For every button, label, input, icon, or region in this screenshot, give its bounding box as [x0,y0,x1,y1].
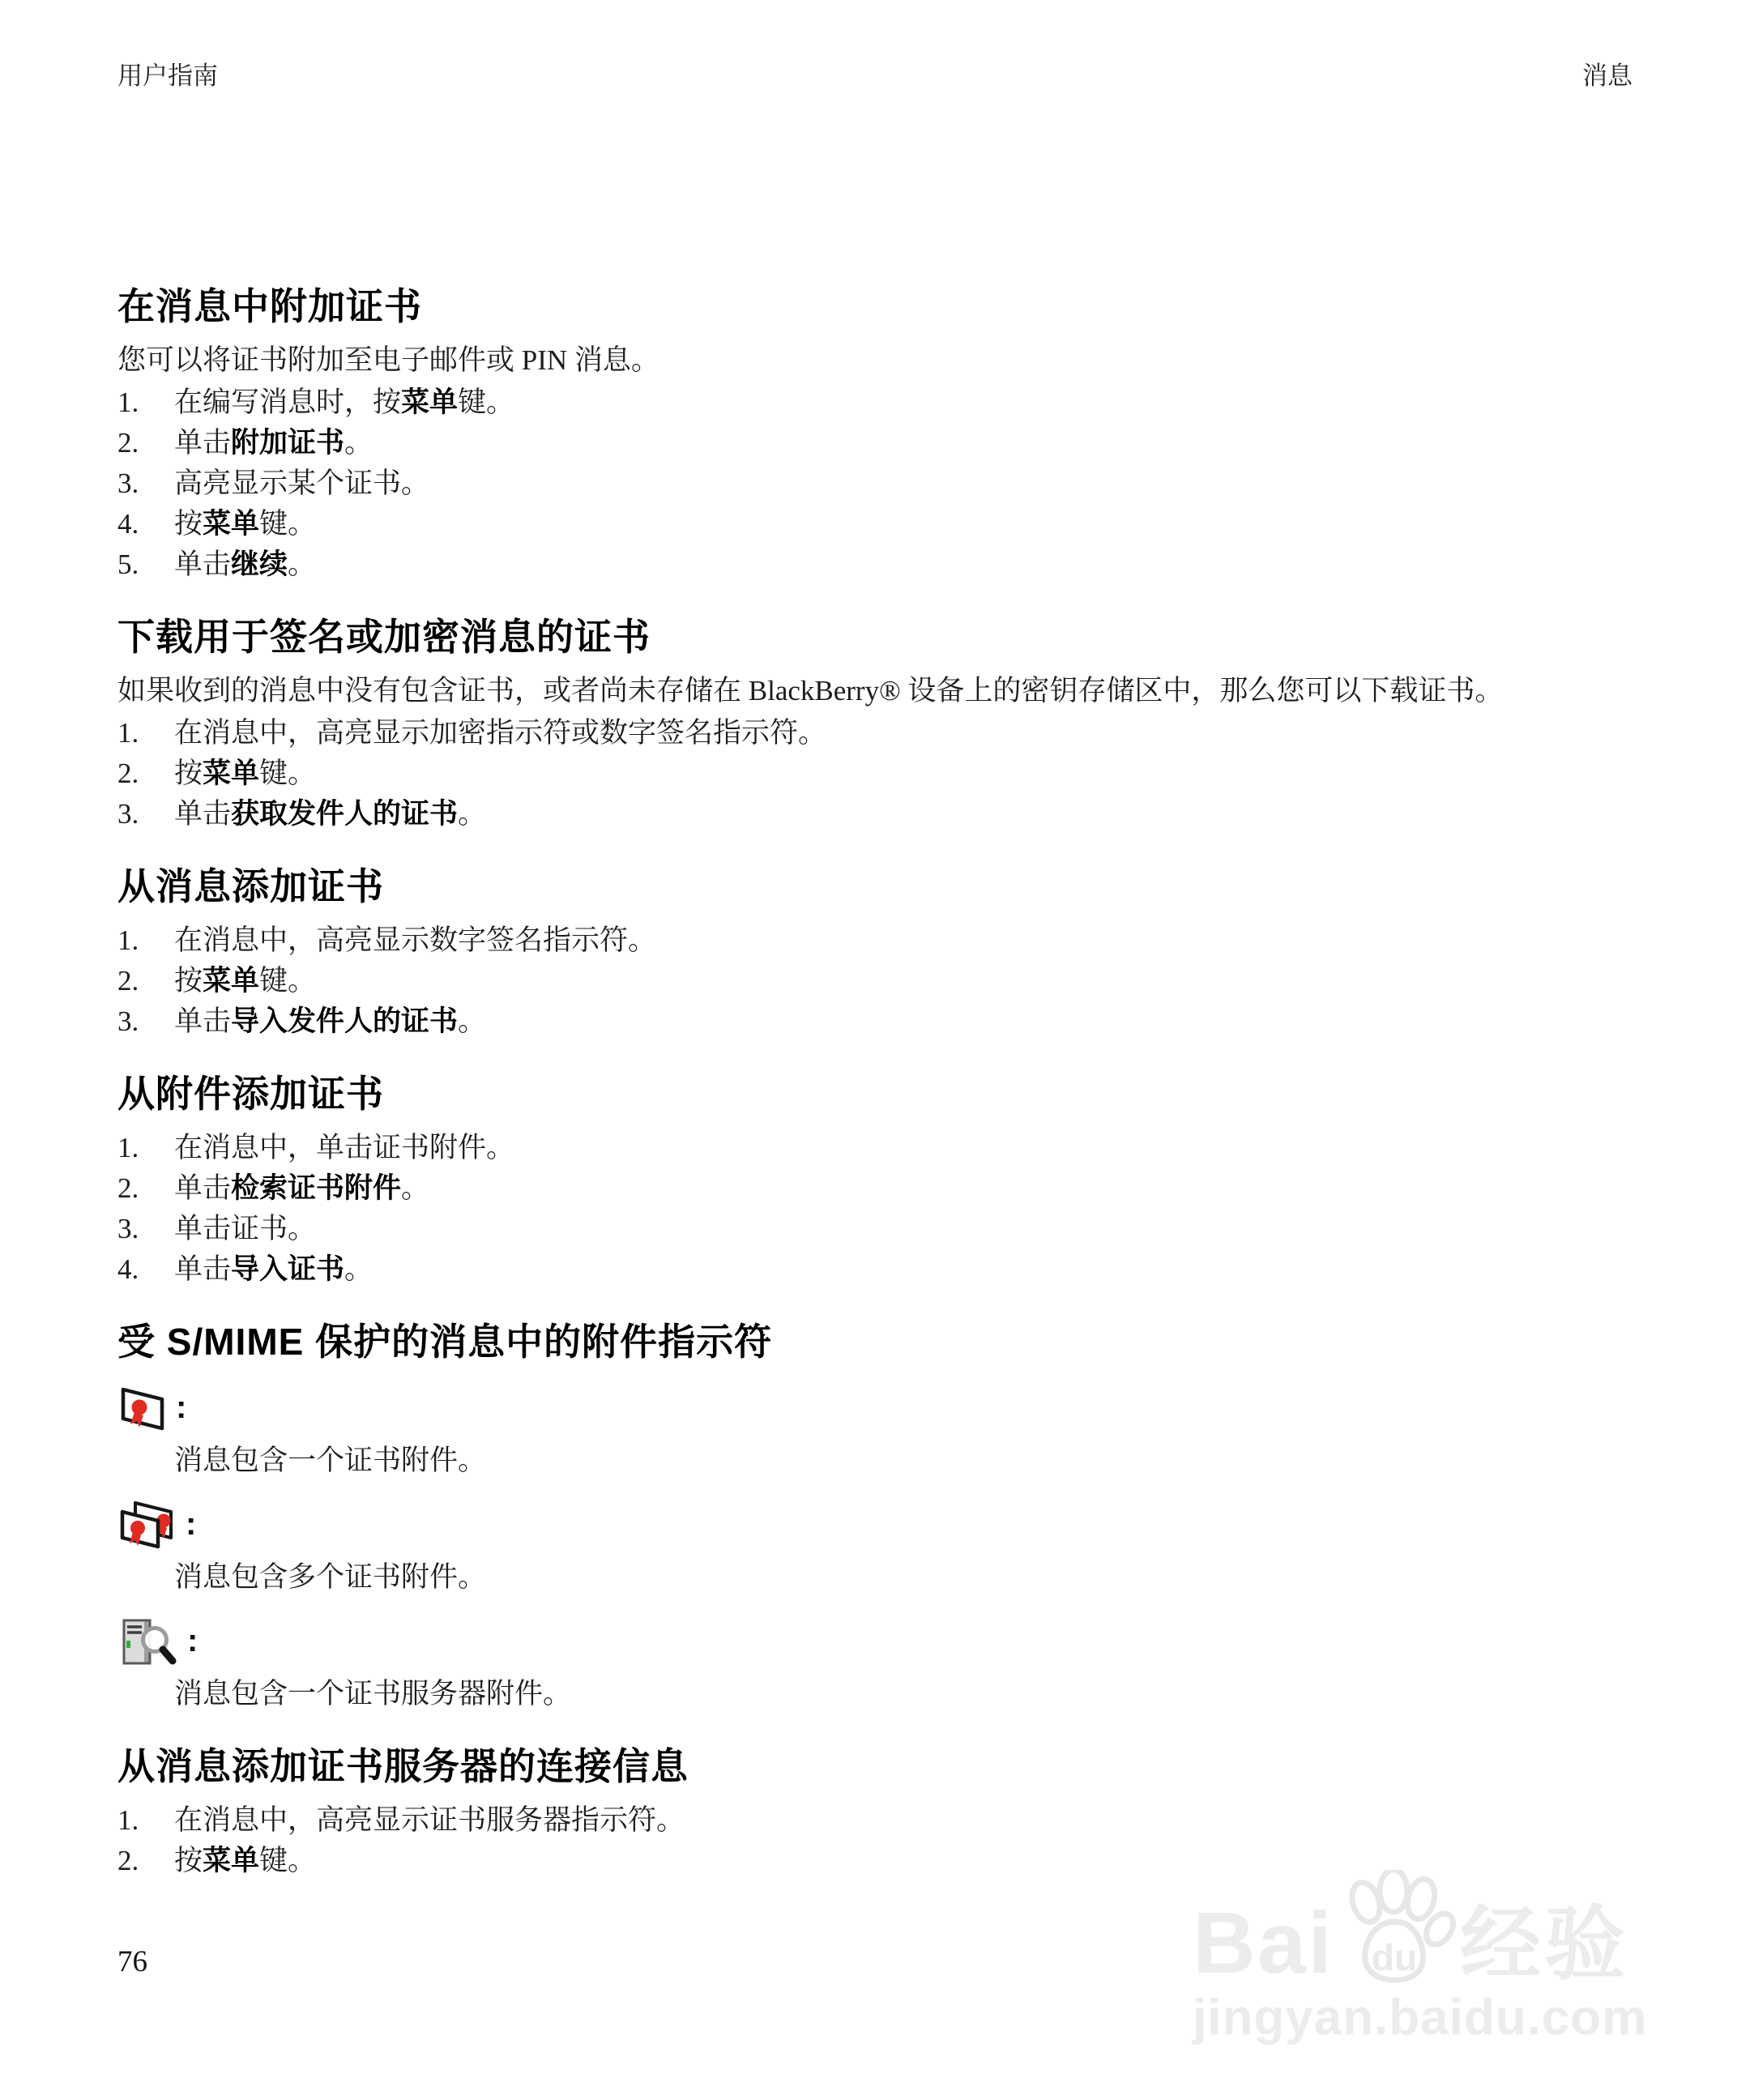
step-number: 2. [117,1841,174,1881]
section-5: 受 S/MIME 保护的消息中的附件指示符 :消息包含一个证书附件。 :消息包含… [117,1319,1657,1714]
emphasis-text: 菜单 [203,965,259,997]
text-run: 在消息中，单击证书附件。 [174,1132,514,1163]
step-number: 4. [117,1249,174,1290]
text-run: 键。 [259,1845,316,1876]
section-intro: 如果收到的消息中没有包含证书，或者尚未存储在 BlackBerry® 设备上的密… [117,671,1657,711]
attachment-indicator: :消息包含一个证书服务器附件。 [117,1619,1657,1714]
step-text: 单击获取发件人的证书。 [174,794,486,834]
step-text: 在消息中，单击证书附件。 [174,1128,514,1168]
indicator-label: 消息包含一个证书服务器附件。 [117,1674,1657,1714]
step-item: 1.在消息中，单击证书附件。 [117,1128,1657,1168]
text-run: 按 [174,758,203,789]
baidu-jingyan-watermark: Bai du 经验 jingyan.baidu.com [1193,1870,1646,2048]
step-item: 2.单击附加证书。 [117,423,1657,463]
indicator-colon: : [186,1506,196,1543]
section-title: 在消息中附加证书 [117,284,1657,329]
section-title: 从消息添加证书服务器的连接信息 [117,1744,1657,1789]
text-run: 单击 [174,1005,231,1037]
attachment-indicator: :消息包含一个证书附件。 [117,1385,1657,1481]
emphasis-text: 导入证书 [231,1253,344,1285]
step-number: 1. [117,920,174,961]
emphasis-text: 继续 [231,548,288,580]
watermark-logo: Bai du 经验 [1193,1870,1646,1987]
watermark-du-text: du [1372,1936,1417,1978]
step-item: 3.单击证书。 [117,1209,1657,1249]
step-number: 5. [117,544,174,585]
step-number: 4. [117,504,174,544]
step-text: 单击继续。 [174,544,316,585]
header-left-title: 用户指南 [117,55,218,92]
indicator-icon-row: : [117,1385,1657,1434]
text-run: 高亮显示某个证书。 [174,467,429,499]
step-item: 1.在消息中，高亮显示加密指示符或数字签名指示符。 [117,713,1657,753]
text-run: 在编写消息时，按 [174,386,401,418]
section-intro: 您可以将证书附加至电子邮件或 PIN 消息。 [117,340,1657,381]
step-text: 按菜单键。 [174,504,316,544]
step-item: 2.按菜单键。 [117,753,1657,794]
emphasis-text: 菜单 [203,758,259,789]
step-item: 4.按菜单键。 [117,504,1657,544]
certificates-icon [117,1501,177,1552]
emphasis-text: 菜单 [203,1845,259,1876]
step-item: 1.在消息中，高亮显示数字签名指示符。 [117,920,1657,961]
text-run: 单击证书。 [174,1213,316,1244]
text-run: 单击 [174,1253,231,1285]
emphasis-text: 菜单 [203,508,259,540]
indicator-label: 消息包含多个证书附件。 [117,1557,1657,1598]
step-number: 1. [117,1128,174,1168]
text-run: 在消息中，高亮显示加密指示符或数字签名指示符。 [174,717,826,749]
emphasis-text: 获取发件人的证书 [231,798,458,830]
page-header: 用户指南 消息 [117,55,1633,92]
section-title: 从附件添加证书 [117,1071,1657,1116]
indicator-label: 消息包含一个证书附件。 [117,1441,1657,1481]
section-4: 从附件添加证书1.在消息中，单击证书附件。2.单击检索证书附件。3.单击证书。4… [117,1071,1657,1290]
text-run: 键。 [458,386,514,418]
step-number: 3. [117,463,174,504]
section-1: 在消息中附加证书您可以将证书附加至电子邮件或 PIN 消息。1.在编写消息时，按… [117,284,1657,585]
text-run: 。 [458,1005,486,1037]
step-item: 4.单击导入证书。 [117,1249,1657,1290]
indicator-colon: : [176,1389,186,1426]
emphasis-text: 检索证书附件 [231,1172,401,1204]
text-run: 单击 [174,427,231,459]
text-run: 在消息中，高亮显示证书服务器指示符。 [174,1804,685,1836]
section-3: 从消息添加证书1.在消息中，高亮显示数字签名指示符。2.按菜单键。3.单击导入发… [117,864,1657,1042]
indicator-colon: : [187,1623,198,1659]
step-text: 单击证书。 [174,1209,316,1249]
step-text: 在消息中，高亮显示加密指示符或数字签名指示符。 [174,713,826,753]
indicator-icon-row: : [117,1502,1657,1551]
step-text: 单击检索证书附件。 [174,1168,429,1209]
document-body: 在消息中附加证书您可以将证书附加至电子邮件或 PIN 消息。1.在编写消息时，按… [117,284,1657,1881]
step-number: 1. [117,1800,174,1841]
step-item: 2.单击检索证书附件。 [117,1168,1657,1209]
section-title: 受 S/MIME 保护的消息中的附件指示符 [117,1319,1657,1364]
text-run: 键。 [259,508,316,540]
step-item: 3.高亮显示某个证书。 [117,463,1657,504]
text-run: 键。 [259,965,316,997]
step-text: 高亮显示某个证书。 [174,463,429,504]
text-run: 如果收到的消息中没有包含证书，或者尚未存储在 BlackBerry® 设备上的密… [117,675,1503,706]
text-run: 。 [458,798,486,830]
baidu-paw-icon: du [1335,1870,1457,1991]
step-number: 2. [117,1168,174,1209]
step-number: 1. [117,713,174,753]
step-item: 1.在编写消息时，按菜单键。 [117,382,1657,423]
text-run: 按 [174,1845,203,1876]
step-number: 2. [117,423,174,463]
step-number: 2. [117,753,174,794]
text-run: 。 [344,427,373,459]
step-number: 3. [117,1001,174,1042]
step-text: 按菜单键。 [174,753,316,794]
emphasis-text: 附加证书 [231,427,344,459]
step-item: 3.单击导入发件人的证书。 [117,1001,1657,1042]
text-run: 。 [344,1253,373,1285]
step-number: 3. [117,1209,174,1249]
text-run: 。 [288,548,316,580]
step-text: 在消息中，高亮显示证书服务器指示符。 [174,1800,685,1841]
step-text: 按菜单键。 [174,961,316,1001]
certificate-server-icon [117,1618,179,1668]
emphasis-text: 导入发件人的证书 [231,1005,458,1037]
step-text: 单击导入证书。 [174,1249,373,1290]
text-run: 单击 [174,1172,231,1204]
watermark-jingyan-text: 经验 [1460,1902,1628,1987]
watermark-url: jingyan.baidu.com [1193,1988,1646,2048]
step-item: 2.按菜单键。 [117,961,1657,1001]
step-number: 1. [117,382,174,423]
header-right-title: 消息 [1582,55,1633,92]
step-item: 3.单击获取发件人的证书。 [117,794,1657,834]
step-number: 3. [117,794,174,834]
certificate-icon [117,1385,168,1434]
page-number: 76 [117,1944,147,1979]
watermark-baidu-text: Bai [1193,1899,1334,1987]
step-text: 在编写消息时，按菜单键。 [174,382,514,423]
step-text: 单击附加证书。 [174,423,373,463]
step-item: 5.单击继续。 [117,544,1657,585]
text-run: 按 [174,508,203,540]
step-text: 按菜单键。 [174,1841,316,1881]
text-run: 按 [174,965,203,997]
section-title: 下载用于签名或加密消息的证书 [117,614,1657,659]
text-run: 。 [401,1172,429,1204]
indicator-icon-row: : [117,1619,1657,1667]
step-text: 单击导入发件人的证书。 [174,1001,486,1042]
section-2: 下载用于签名或加密消息的证书如果收到的消息中没有包含证书，或者尚未存储在 Bla… [117,614,1657,834]
text-run: 单击 [174,798,231,830]
step-text: 在消息中，高亮显示数字签名指示符。 [174,920,656,961]
text-run: 在消息中，高亮显示数字签名指示符。 [174,924,656,956]
step-item: 1.在消息中，高亮显示证书服务器指示符。 [117,1800,1657,1841]
section-title: 从消息添加证书 [117,864,1657,909]
step-number: 2. [117,961,174,1001]
text-run: 您可以将证书附加至电子邮件或 PIN 消息。 [117,344,659,376]
emphasis-text: 菜单 [401,386,458,418]
text-run: 单击 [174,548,231,580]
text-run: 键。 [259,758,316,789]
attachment-indicator: :消息包含多个证书附件。 [117,1502,1657,1598]
section-6: 从消息添加证书服务器的连接信息1.在消息中，高亮显示证书服务器指示符。2.按菜单… [117,1744,1657,1881]
